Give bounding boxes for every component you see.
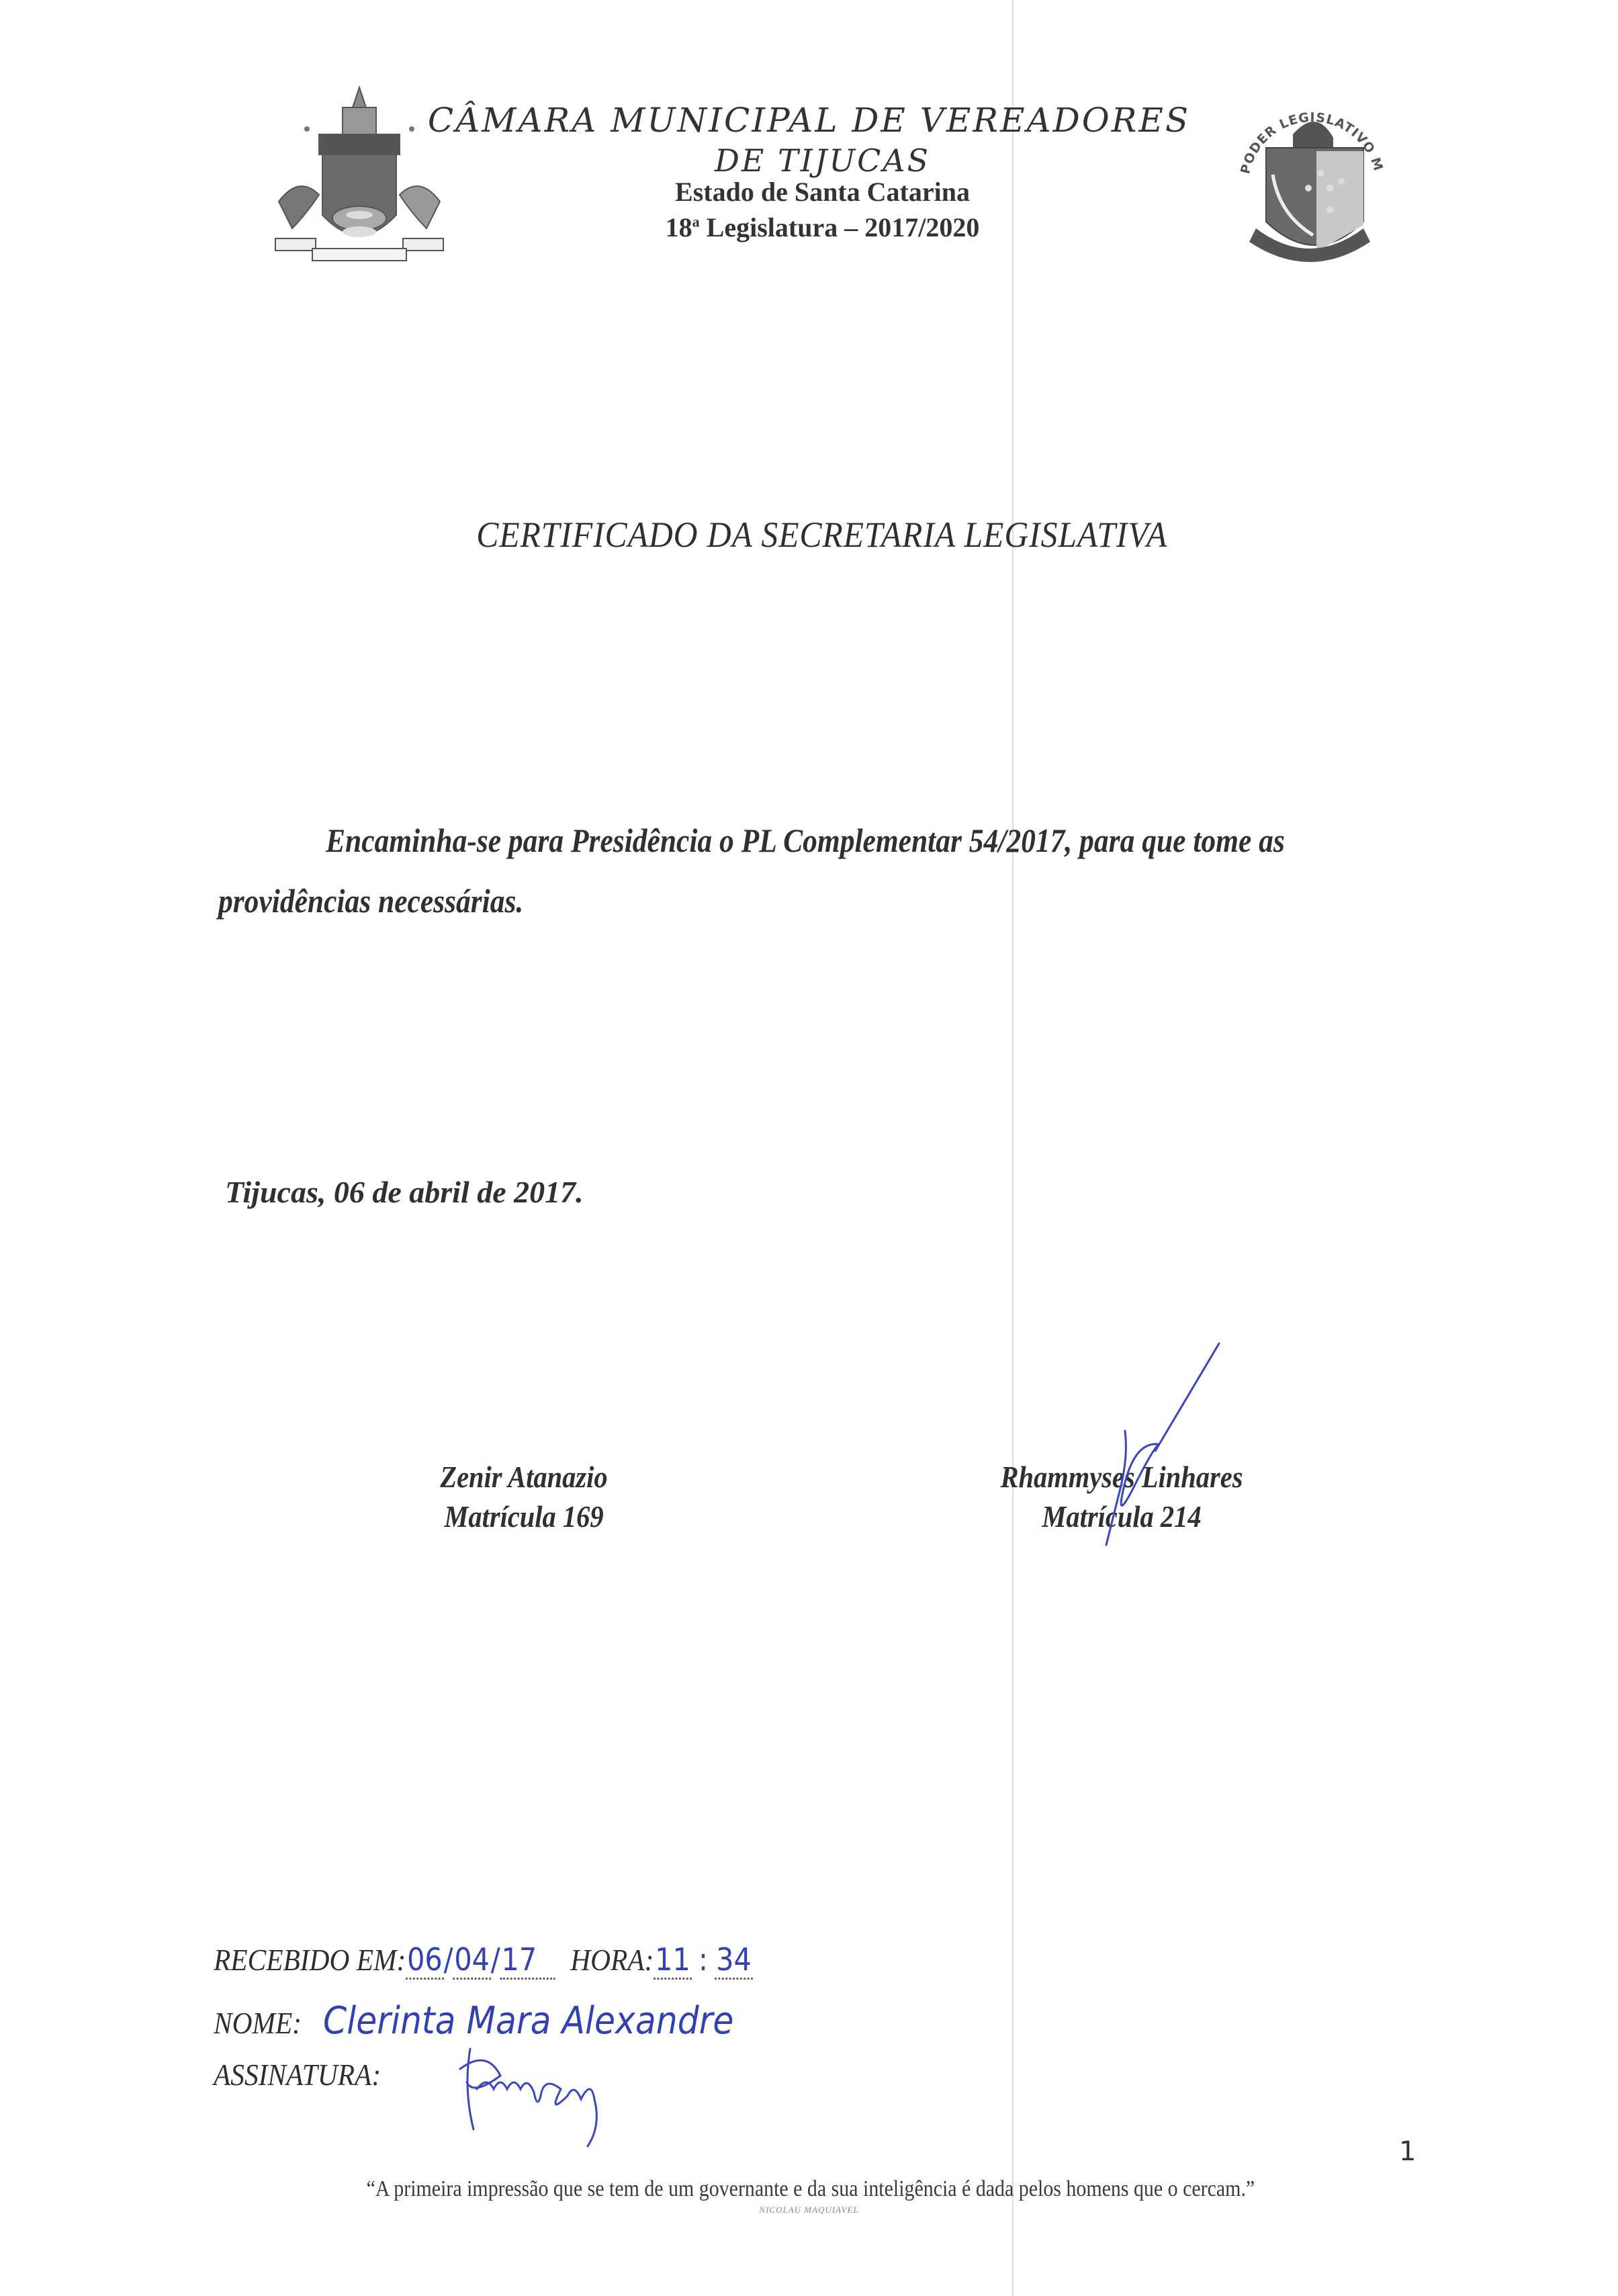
state-name: Estado de Santa Catarina (0, 176, 1618, 208)
received-day: 06 (406, 1941, 443, 1980)
body-text-line-2: providências necessárias. (218, 881, 523, 920)
footer-quote-author: NICOLAU MAQUIAVEL (0, 2205, 1618, 2215)
signatory-registration: Matrícula 169 (394, 1499, 654, 1534)
body-text-line-1: Encaminha-se para Presidência o PL Compl… (326, 821, 1285, 860)
signature-label: ASSINATURA: (214, 2058, 381, 2092)
scan-fold-line (1012, 0, 1014, 2296)
receipt-name-row: NOME: Clerinta Mara Alexandre (214, 1999, 733, 2043)
receipt-received-row: RECEBIDO EM:06/04/17 HORA:11 : 34 (214, 1941, 753, 1978)
time-hour: 11 (654, 1941, 691, 1980)
name-value: Clerinta Mara Alexandre (323, 1999, 733, 2043)
received-label: RECEBIDO EM: (214, 1943, 406, 1977)
signatory-name: Zenir Atanazio (394, 1459, 654, 1495)
signatory-left: Zenir Atanazio Matrícula 169 (376, 1459, 672, 1534)
name-label: NOME: (214, 2006, 302, 2040)
time-label: HORA: (570, 1943, 654, 1977)
document-heading: CERTIFICADO DA SECRETARIA LEGISLATIVA (65, 514, 1566, 556)
document-date: Tijucas, 06 de abril de 2017. (225, 1174, 584, 1210)
time-minute: 34 (715, 1941, 752, 1980)
institution-city: DE TIJUCAS (0, 142, 1618, 179)
institution-title: CÂMARA MUNICIPAL DE VEREADORES (0, 101, 1618, 140)
legislature-term: 18a Legislatura – 2017/2020 (0, 212, 1618, 243)
receipt-signature-row: ASSINATURA: (214, 2057, 381, 2092)
received-month: 04 (453, 1941, 491, 1980)
page-number: 1 (1399, 2136, 1416, 2167)
handwritten-signature-receiver (457, 2042, 678, 2143)
handwritten-signature-rhammyses (1028, 1337, 1229, 1552)
received-year: 17 (500, 1941, 555, 1980)
footer-quote: “A primeira impressão que se tem de um g… (99, 2176, 1546, 2202)
